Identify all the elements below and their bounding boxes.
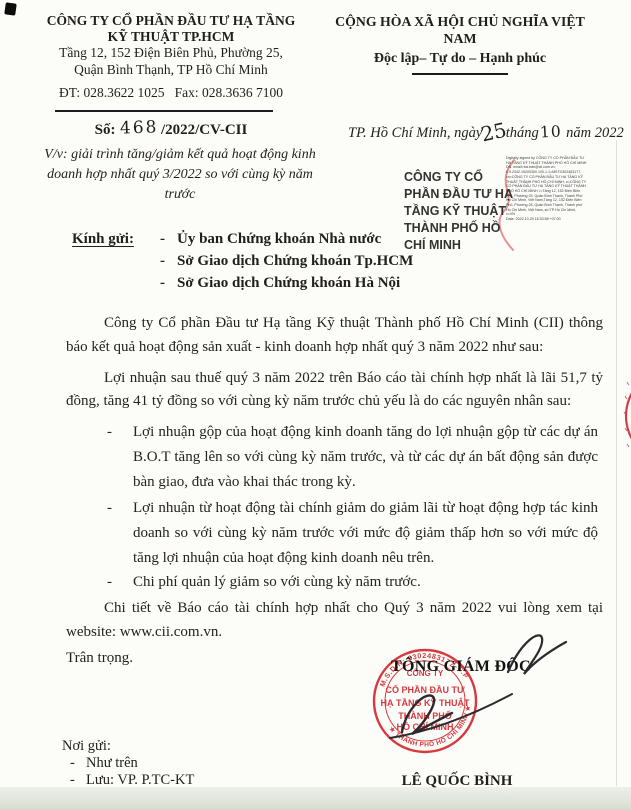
recipient-item: -Sở Giao dịch Chứng khoán Tp.HCM: [160, 253, 413, 270]
national-motto: Độc lập– Tự do – Hạnh phúc: [318, 51, 602, 67]
digital-signature-details: Digitally signed by CÔNG TY CỔ PHẦN ĐẦU …: [506, 156, 628, 222]
dateline-post: năm 2022: [566, 125, 624, 141]
company-header: CÔNG TY CỔ PHẦN ĐẦU TƯ HẠ TẦNG KỸ THUẬT …: [40, 13, 302, 102]
number-suffix: /2022/CV-CII: [161, 122, 247, 138]
dsig-line: THÀNH PHỐ HỒ: [404, 220, 516, 237]
dateline: TP. Hồ Chí Minh, ngày25tháng10 năm 2022: [348, 118, 608, 142]
document-page: CÔNG TY CỔ PHẦN ĐẦU TƯ HẠ TẦNG KỸ THUẬT …: [0, 0, 631, 810]
closing-salutation: Trân trọng.: [66, 650, 133, 667]
company-name-line2: KỸ THUẬT TP.HCM: [40, 29, 302, 45]
recipient-name: Sở Giao dịch Chứng khoán Hà Nội: [177, 275, 400, 291]
national-header: CỘNG HÒA XÃ HỘI CHỦ NGHĨA VIỆT NAM Độc l…: [318, 13, 602, 75]
number-prefix: Số:: [95, 122, 116, 138]
company-address-line1: Tầng 12, 152 Điện Biên Phủ, Phường 25,: [40, 45, 302, 62]
list-dash: -: [70, 755, 86, 772]
header-divider-left: [55, 110, 273, 112]
recipient-item: -Sở Giao dịch Chứng khoán Hà Nội: [160, 275, 400, 292]
page-edge-stamp: [613, 362, 631, 470]
signer-name: LÊ QUỐC BÌNH: [384, 773, 530, 790]
list-dash: -: [160, 231, 177, 248]
distribution-item: -Như trên: [70, 755, 138, 772]
header-divider-right: [412, 73, 508, 75]
dateline-mid: tháng: [506, 125, 539, 141]
scan-bottom-edge: [0, 787, 631, 810]
company-name-line1: CÔNG TY CỔ PHẦN ĐẦU TƯ HẠ TẦNG: [40, 13, 302, 29]
recipient-name: Ủy ban Chứng khoán Nhà nước: [177, 231, 381, 247]
bullet-text: Chi phí quản lý giảm so với cùng kỳ năm …: [133, 574, 421, 590]
dsig-line: PHẦN ĐẦU TƯ HẠ: [404, 186, 516, 203]
bullet-dash: -: [107, 496, 112, 521]
bullet-dash: -: [107, 570, 112, 595]
body-paragraph-2: Lợi nhuận sau thuế quý 3 năm 2022 trên B…: [66, 367, 603, 413]
bullet-item-3: -Chi phí quản lý giảm so với cùng kỳ năm…: [133, 570, 598, 595]
company-contact: ĐT: 028.3622 1025 Fax: 028.3636 7100: [40, 85, 302, 102]
signature-ink-icon: [382, 680, 517, 748]
scan-artifact-mark: [4, 2, 17, 15]
signature-paraph-icon: [500, 628, 575, 683]
national-title: CỘNG HÒA XÃ HỘI CHỦ NGHĨA VIỆT NAM: [318, 13, 602, 47]
bullet-dash: -: [107, 420, 112, 445]
bullet-item-2: -Lợi nhuận từ hoạt động tài chính giảm d…: [133, 496, 598, 571]
dateline-pre: TP. Hồ Chí Minh, ngày: [348, 125, 482, 141]
recipient-name: Sở Giao dịch Chứng khoán Tp.HCM: [177, 253, 413, 269]
dsig-line: CHÍ MINH: [404, 237, 516, 254]
digital-signature-name: CÔNG TY CỔ PHẦN ĐẦU TƯ HẠ TẦNG KỸ THUẬT …: [404, 169, 516, 254]
bullet-item-1: -Lợi nhuận gộp của hoạt động kinh doanh …: [133, 420, 598, 495]
recipients-label: Kính gửi:: [72, 231, 134, 248]
distribution-text: Như trên: [86, 755, 138, 771]
dsig-line: CÔNG TY CỔ: [404, 169, 516, 186]
company-address-line2: Quận Bình Thạnh, TP Hồ Chí Minh: [40, 62, 302, 79]
list-dash: -: [160, 275, 177, 292]
list-dash: -: [160, 253, 177, 270]
dsig-line: TẦNG KỸ THUẬT: [404, 203, 516, 220]
distribution-label: Nơi gửi:: [62, 738, 111, 755]
handwritten-number: 468: [119, 117, 158, 138]
bullet-text: Lợi nhuận từ hoạt động tài chính giảm do…: [133, 500, 598, 566]
handwritten-day: 25: [479, 118, 509, 147]
distribution-text: Lưu: VP. P.TC-KT: [86, 772, 194, 788]
bullet-text: Lợi nhuận gộp của hoạt động kinh doanh t…: [133, 424, 598, 490]
body-paragraph-1: Công ty Cổ phần Đầu tư Hạ tầng Kỹ thuật …: [66, 312, 603, 359]
handwritten-month: 10: [539, 122, 562, 141]
document-number: Số:468/2022/CV-CII: [40, 119, 302, 139]
subject-line: V/v: giải trình tăng/giảm kết quả hoạt đ…: [42, 145, 318, 205]
recipient-item: -Ủy ban Chứng khoán Nhà nước: [160, 231, 381, 248]
